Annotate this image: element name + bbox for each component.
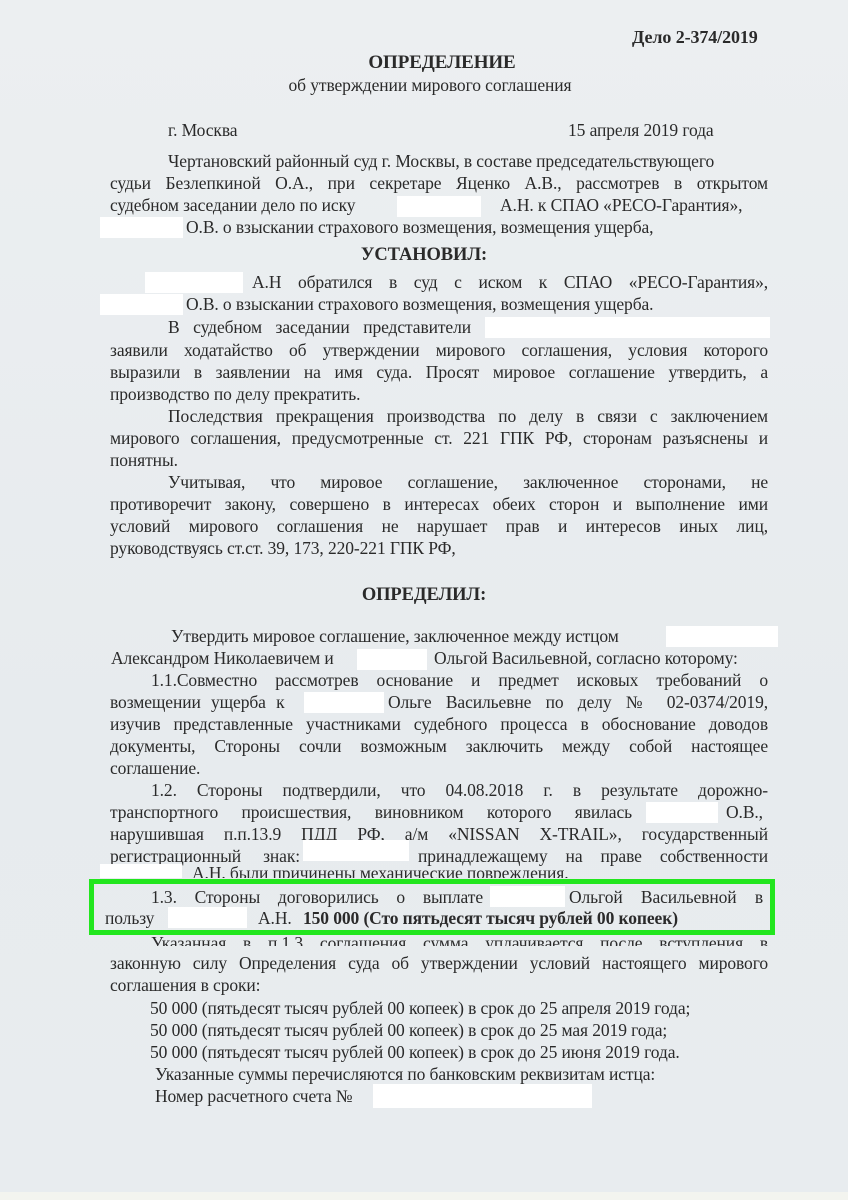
- redaction: [357, 649, 427, 670]
- ruled-p1-line2b: Ольгой Васильевной, согласно которому:: [434, 647, 738, 669]
- payment-line-3: соглашения в сроки:: [110, 974, 260, 996]
- page-bottom-edge: [0, 1192, 848, 1200]
- redaction: [100, 864, 182, 878]
- established-p4-line3: условий мирового соглашения не нарушает …: [110, 515, 768, 537]
- established-p1-line1: А.Н обратился в суд с иском к СПАО «РЕСО…: [252, 271, 768, 293]
- account-number-redaction: [373, 1084, 592, 1108]
- established-p3-line1: Последствия прекращения производства по …: [168, 405, 768, 427]
- clause-1-1-line3: изучив представленные участниками судебн…: [110, 713, 768, 735]
- intro-line-3b: А.Н. к СПАО «РЕСО-Гарантия»,: [500, 194, 742, 216]
- ruled-heading: ОПРЕДЕЛИЛ:: [0, 584, 848, 606]
- account-number-label: Номер расчетного счета №: [155, 1085, 352, 1107]
- redaction: [646, 802, 718, 823]
- established-heading: УСТАНОВИЛ:: [0, 244, 848, 266]
- established-p2-line2: заявили ходатайство об утверждении миров…: [110, 339, 768, 361]
- established-p2-line3: выразили в заявлении на имя суда. Просят…: [110, 361, 768, 383]
- intro-line-4: О.В. о взыскании страхового возмещения, …: [186, 216, 653, 238]
- city: г. Москва: [168, 119, 237, 141]
- document-title: ОПРЕДЕЛЕНИЕ: [0, 52, 848, 74]
- highlight-box: [89, 879, 775, 935]
- redaction: [485, 317, 770, 338]
- intro-line-2: судьи Безлепкиной О.А., при секретаре Яц…: [110, 172, 768, 194]
- established-p3-line3: понятны.: [110, 449, 178, 471]
- redaction: [304, 692, 384, 713]
- intro-line-3a: судебном заседании дело по иску: [110, 194, 355, 216]
- redaction: [100, 294, 183, 315]
- ruled-p1-line1: Утвердить мировое соглашение, заключенно…: [171, 625, 619, 647]
- installment-1: 50 000 (пятьдесят тысяч рублей 00 копеек…: [150, 997, 690, 1019]
- clause-1-1-line2b: Ольге Васильевне по делу № 02-0374/2019,: [388, 691, 768, 713]
- clause-1-2-line1: 1.2. Стороны подтвердили, что 04.08.2018…: [151, 779, 768, 801]
- payment-line-2: законную силу Определения суда об утверж…: [110, 952, 768, 974]
- case-number: Дело 2-374/2019: [632, 26, 758, 48]
- established-p4-line4: руководствуясь ст.ст. 39, 173, 220-221 Г…: [110, 537, 456, 559]
- established-p4-line2: противоречит закону, совершено в интерес…: [110, 493, 768, 515]
- redaction: [100, 217, 183, 238]
- bank-details-line: Указанные суммы перечисляются по банковс…: [155, 1063, 655, 1085]
- scanned-page: Дело 2-374/2019 ОПРЕДЕЛЕНИЕ об утвержден…: [0, 0, 848, 1200]
- established-p2-line1: В судебном заседании представители: [168, 316, 471, 338]
- payment-line-1: Указанная в п.1.3 соглашения сумма уплач…: [151, 932, 768, 946]
- clause-1-1-line5: соглашение.: [110, 757, 200, 779]
- redaction: [145, 272, 243, 293]
- redaction: [303, 840, 409, 861]
- clause-1-2-line2a: транспортного происшествия, виновником к…: [110, 801, 632, 823]
- clause-1-2-line5: А.Н. были причинены механические поврежд…: [192, 862, 569, 878]
- document-subtitle: об утверждении мирового соглашения: [0, 74, 848, 96]
- document-date: 15 апреля 2019 года: [568, 119, 714, 141]
- clause-1-2-line3: нарушившая п.п.13.9 ПДД РФ, а/м «NISSAN …: [110, 823, 768, 845]
- ruled-p1-line2a: Александром Николаевичем и: [111, 647, 334, 669]
- clause-1-1-line4: документы, Стороны сочли возможным заклю…: [110, 735, 768, 757]
- clause-1-1-line2a: возмещении ущерба к: [110, 691, 285, 713]
- redaction: [666, 626, 778, 647]
- established-p3-line2: мирового соглашения, предусмотренные ст.…: [110, 427, 768, 449]
- clause-1-1-line1: 1.1.Совместно рассмотрев основание и пре…: [151, 669, 768, 691]
- installment-3: 50 000 (пятьдесят тысяч рублей 00 копеек…: [150, 1041, 680, 1063]
- established-p1-line2: О.В. о взыскании страхового возмещения, …: [186, 293, 653, 315]
- redaction: [397, 196, 481, 217]
- intro-line-1: Чертановский районный суд г. Москвы, в с…: [168, 150, 714, 172]
- installment-2: 50 000 (пятьдесят тысяч рублей 00 копеек…: [150, 1019, 667, 1041]
- established-p2-line4: производство по делу прекратить.: [110, 383, 360, 405]
- clause-1-2-line2b: О.В.,: [726, 801, 763, 823]
- established-p4-line1: Учитывая, что мировое соглашение, заключ…: [168, 471, 768, 493]
